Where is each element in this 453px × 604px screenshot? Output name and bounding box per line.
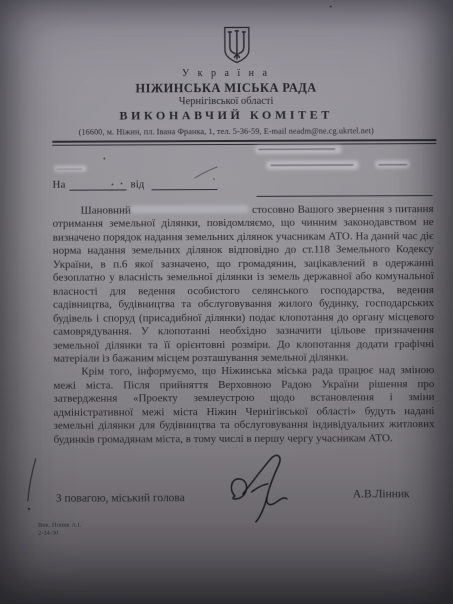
committee-title: ВИКОНАВЧИЙ КОМІТЕТ — [9, 107, 443, 124]
redaction-streak — [378, 164, 407, 165]
ref-number-line — [70, 189, 127, 190]
document-photo: У к р а ї н а НІЖИНСЬКА МІСЬКА РАДА Черн… — [0, 0, 453, 604]
handwriting-mark — [191, 165, 219, 181]
country-title: У к р а ї н а — [9, 67, 443, 80]
letterhead-divider — [52, 139, 436, 146]
ref-vid-label: від — [130, 178, 144, 190]
redaction-streak — [56, 169, 82, 170]
redacted-name — [131, 205, 249, 214]
executor-block: Вик. Попик А.І. 2-34-30 — [38, 522, 81, 537]
salutation: Шановний — [81, 204, 131, 216]
paragraph-1-text: стосовно Вашого звернення з питання отри… — [53, 203, 435, 365]
dust-speck — [103, 158, 105, 160]
signature-scribble — [219, 452, 304, 527]
contact-line: (16600, м. Ніжин, пл. Івана Франка, 1, т… — [9, 126, 443, 137]
dust-speck — [330, 6, 332, 8]
dust-speck — [111, 183, 113, 185]
signatory-name: А.В.Лінник — [353, 488, 410, 500]
recipient-line — [257, 195, 433, 197]
tryzub-emblem-icon — [221, 26, 253, 64]
ref-na-label: На — [52, 179, 65, 191]
executor-phone: 2-34-30 — [38, 529, 81, 537]
ref-date-line — [152, 189, 218, 190]
executor-name: Вик. Попик А.І. — [38, 522, 81, 530]
paragraph-1: Шановний стосовно Вашого звернення з пит… — [53, 203, 435, 366]
dust-speck — [120, 182, 122, 184]
paragraph-2: Крім того, інформуємо, що Ніжинська місь… — [53, 365, 434, 447]
letter: У к р а ї н а НІЖИНСЬКА МІСЬКА РАДА Черн… — [0, 0, 453, 604]
region-subtitle: Чернігівської області — [9, 95, 443, 108]
letter-body: Шановний стосовно Вашого звернення з пит… — [53, 203, 435, 447]
closing-line: З повагою, міський голова — [56, 492, 185, 505]
pen-stroke-mark — [23, 456, 41, 514]
